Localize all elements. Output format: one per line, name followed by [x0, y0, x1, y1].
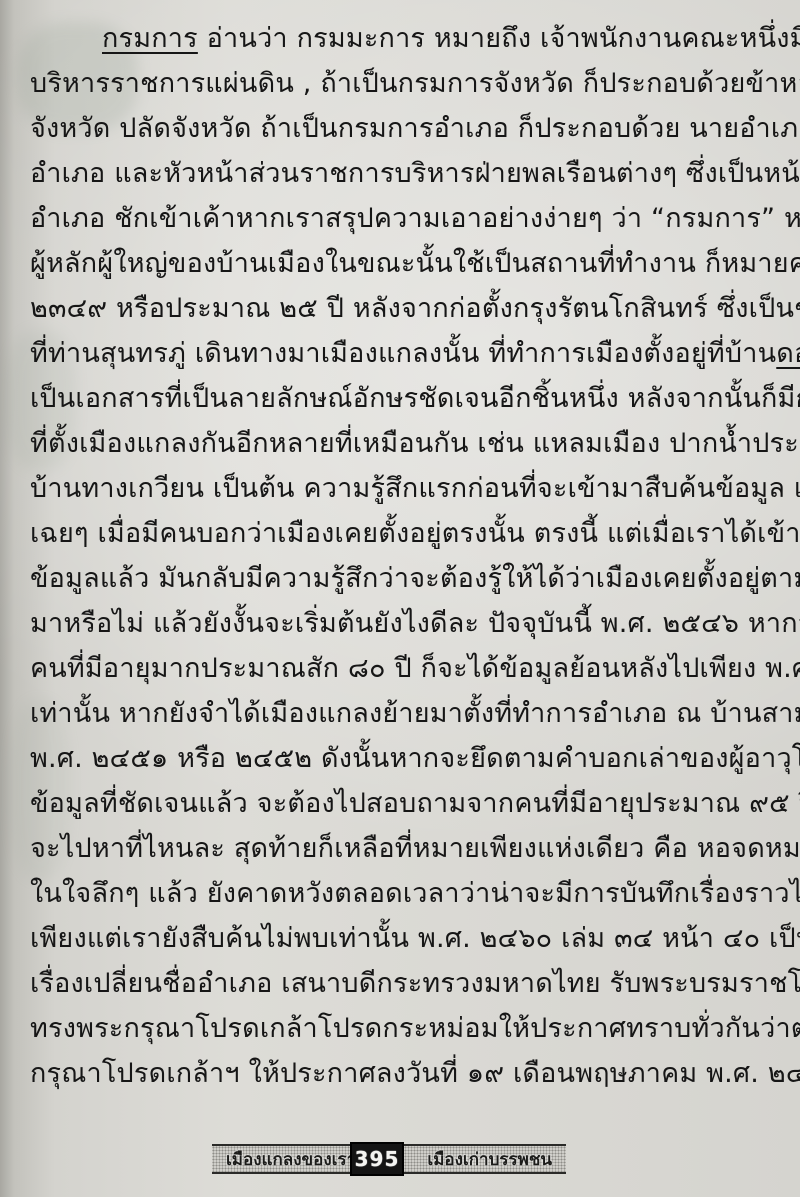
text-line: เฉยๆ เมื่อมีคนบอกว่าเมืองเคยตั้งอยู่ตรงน…: [30, 511, 766, 556]
page-number-badge: 395: [350, 1142, 404, 1176]
text-line: ในใจลึกๆ แล้ว ยังคาดหวังตลอดเวลาว่าน่าจะ…: [30, 871, 766, 916]
text-segment: มาหรือไม่ แล้วยังงั้นจะเริ่มต้นยังไงดีละ…: [30, 608, 800, 639]
text-segment: พ.ศ. ๒๔๕๑ หรือ ๒๔๕๒ ดังนั้นหากจะยึดตามคำ…: [30, 743, 800, 774]
text-segment: ข้อมูลแล้ว มันกลับมีความรู้สึกว่าจะต้องร…: [30, 563, 800, 594]
text-line: ที่ท่านสุนทรภู่ เดินทางมาเมืองแกลงนั้น ท…: [30, 331, 766, 376]
underlined-term: ดอนเค็ด: [776, 338, 800, 369]
footer-bar: เมืองแกลงของเรา 395 เมืองเก่าบรรพชน: [212, 1144, 566, 1174]
text-segment: ในใจลึกๆ แล้ว ยังคาดหวังตลอดเวลาว่าน่าจะ…: [30, 878, 800, 909]
text-line: จังหวัด ปลัดจังหวัด ถ้าเป็นกรมการอำเภอ ก…: [30, 106, 766, 151]
text-segment: เป็นเอกสารที่เป็นลายลักษณ์อักษรชัดเจนอีก…: [30, 383, 800, 414]
text-line: มาหรือไม่ แล้วยังงั้นจะเริ่มต้นยังไงดีละ…: [30, 601, 766, 646]
text-segment: ทรงพระกรุณาโปรดเกล้าโปรดกระหม่อมให้ประกา…: [30, 1013, 800, 1044]
text-line: คนที่มีอายุมากประมาณสัก ๘๐ ปี ก็จะได้ข้อ…: [30, 646, 766, 691]
text-line: อำเภอ และหัวหน้าส่วนราชการบริหารฝ่ายพลเร…: [30, 151, 766, 196]
text-segment: กรุณาโปรดเกล้าฯ ให้ประกาศลงวันที่ ๑๙ เดื…: [30, 1058, 800, 1089]
page-number: 395: [355, 1147, 400, 1171]
text-line: ข้อมูลที่ชัดเจนแล้ว จะต้องไปสอบถามจากคนท…: [30, 781, 766, 826]
text-line: จะไปหาที่ไหนละ สุดท้ายก็เหลือที่หมายเพีย…: [30, 826, 766, 871]
text-segment: ผู้หลักผู้ใหญ่ของบ้านเมืองในขณะนั้นใช้เป…: [30, 248, 800, 279]
text-segment: เรื่องเปลี่ยนชื่ออำเภอ เสนาบดีกระทรวงมหา…: [30, 968, 800, 999]
text-line: เพียงแต่เรายังสืบค้นไม่พบเท่านั้น พ.ศ. ๒…: [30, 916, 766, 961]
text-line: เรื่องเปลี่ยนชื่ออำเภอ เสนาบดีกระทรวงมหา…: [30, 961, 766, 1006]
text-line: อำเภอ ชักเข้าเค้าหากเราสรุปความเอาอย่างง…: [30, 196, 766, 241]
text-segment: อ่านว่า กรมมะการ หมายถึง เจ้าพนักงานคณะห…: [198, 23, 800, 54]
text-line: บ้านทางเกวียน เป็นต้น ความรู้สึกแรกก่อนท…: [30, 466, 766, 511]
text-segment: ที่ตั้งเมืองแกลงกันอีกหลายที่เหมือนกัน เ…: [30, 428, 800, 459]
text-line: กรุณาโปรดเกล้าฯ ให้ประกาศลงวันที่ ๑๙ เดื…: [30, 1051, 766, 1096]
text-segment: ที่ท่านสุนทรภู่ เดินทางมาเมืองแกลงนั้น ท…: [30, 338, 776, 369]
text-line: ผู้หลักผู้ใหญ่ของบ้านเมืองในขณะนั้นใช้เป…: [30, 241, 766, 286]
footer-right-title: เมืองเก่าบรรพชน: [427, 1146, 552, 1173]
text-line: เป็นเอกสารที่เป็นลายลักษณ์อักษรชัดเจนอีก…: [30, 376, 766, 421]
text-segment: ๒๓๔๙ หรือประมาณ ๒๕ ปี หลังจากก่อตั้งกรุง…: [30, 293, 800, 324]
text-line: เท่านั้น หากยังจำได้เมืองแกลงย้ายมาตั้งท…: [30, 691, 766, 736]
text-segment: จะไปหาที่ไหนละ สุดท้ายก็เหลือที่หมายเพีย…: [30, 833, 800, 864]
text-line: พ.ศ. ๒๔๕๑ หรือ ๒๔๕๒ ดังนั้นหากจะยึดตามคำ…: [30, 736, 766, 781]
underlined-term: กรมการ: [102, 23, 198, 54]
text-segment: ข้อมูลที่ชัดเจนแล้ว จะต้องไปสอบถามจากคนท…: [30, 788, 800, 819]
text-segment: คนที่มีอายุมากประมาณสัก ๘๐ ปี ก็จะได้ข้อ…: [30, 653, 800, 684]
text-line: ที่ตั้งเมืองแกลงกันอีกหลายที่เหมือนกัน เ…: [30, 421, 766, 466]
text-segment: อำเภอ ชักเข้าเค้าหากเราสรุปความเอาอย่างง…: [30, 203, 800, 234]
text-segment: เท่านั้น หากยังจำได้เมืองแกลงย้ายมาตั้งท…: [30, 698, 800, 729]
footer-left-title: เมืองแกลงของเรา: [226, 1146, 356, 1173]
text-line: ข้อมูลแล้ว มันกลับมีความรู้สึกว่าจะต้องร…: [30, 556, 766, 601]
text-segment: เฉยๆ เมื่อมีคนบอกว่าเมืองเคยตั้งอยู่ตรงน…: [30, 518, 800, 549]
text-segment: บริหารราชการแผ่นดิน , ถ้าเป็นกรมการจังหว…: [30, 68, 800, 99]
scanned-page: กรมการ อ่านว่า กรมมะการ หมายถึง เจ้าพนัก…: [0, 0, 800, 1197]
text-line: ทรงพระกรุณาโปรดเกล้าโปรดกระหม่อมให้ประกา…: [30, 1006, 766, 1051]
text-segment: จังหวัด ปลัดจังหวัด ถ้าเป็นกรมการอำเภอ ก…: [30, 113, 800, 144]
text-segment: อำเภอ และหัวหน้าส่วนราชการบริหารฝ่ายพลเร…: [30, 158, 800, 189]
text-line: กรมการ อ่านว่า กรมมะการ หมายถึง เจ้าพนัก…: [30, 16, 766, 61]
text-segment: บ้านทางเกวียน เป็นต้น ความรู้สึกแรกก่อนท…: [30, 473, 800, 504]
body-text: กรมการ อ่านว่า กรมมะการ หมายถึง เจ้าพนัก…: [30, 16, 766, 1096]
text-line: ๒๓๔๙ หรือประมาณ ๒๕ ปี หลังจากก่อตั้งกรุง…: [30, 286, 766, 331]
text-segment: เพียงแต่เรายังสืบค้นไม่พบเท่านั้น พ.ศ. ๒…: [30, 923, 800, 954]
text-line: บริหารราชการแผ่นดิน , ถ้าเป็นกรมการจังหว…: [30, 61, 766, 106]
